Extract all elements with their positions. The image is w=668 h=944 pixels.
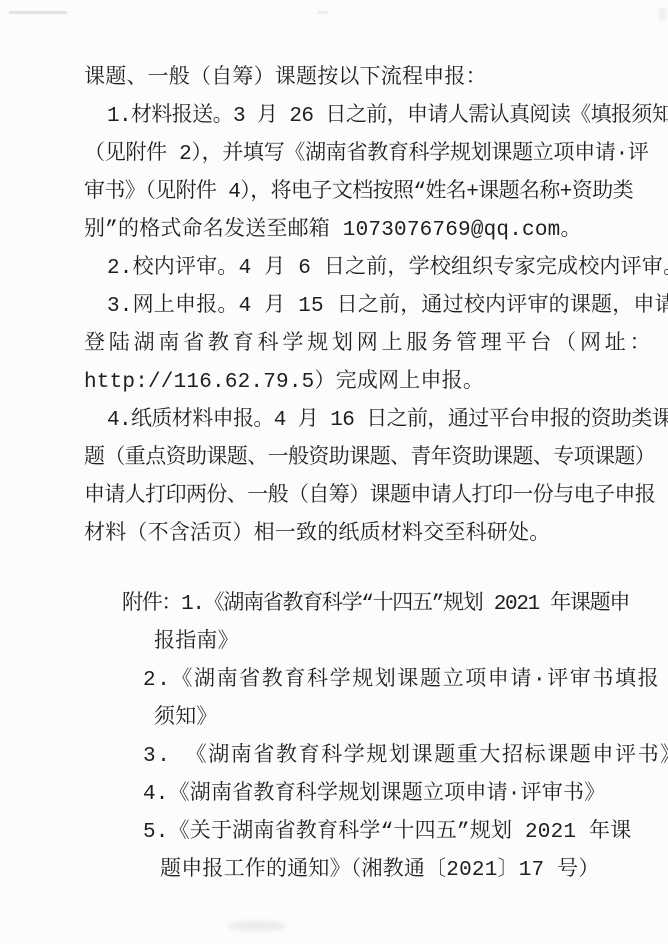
doc-line: http://116.62.79.5）完成网上申报。 xyxy=(84,364,660,402)
scan-artifact xyxy=(317,11,328,14)
scan-artifact xyxy=(659,8,666,20)
doc-line: 题（重点资助课题、一般资助课题、青年资助课题、专项课题） xyxy=(84,440,660,478)
scan-artifact xyxy=(9,11,67,14)
doc-line: 4.纸质材料申报。4 月 16 日之前，通过平台申报的资助类课 xyxy=(84,402,660,440)
scanned-document-page: 课题、一般（自筹）课题按以下流程申报： 1.材料报送。3 月 26 日之前，申请… xyxy=(0,0,668,944)
attachment-item: 4.《湖南省教育科学规划课题立项申请·评审书》 xyxy=(84,776,660,814)
doc-line: 审书》（见附件 4），将电子文档按照“姓名+课题名称+资助类 xyxy=(84,174,660,212)
document-body: 课题、一般（自筹）课题按以下流程申报： 1.材料报送。3 月 26 日之前，申请… xyxy=(84,60,660,890)
attachment-item: 5.《关于湖南省教育科学“十四五”规划 2021 年课 xyxy=(84,814,660,852)
attachment-item: 2.《湖南省教育科学规划课题立项申请·评审书填报 xyxy=(84,662,660,700)
attachment-item: 题申报工作的通知》（湘教通〔2021〕17 号） xyxy=(84,852,660,890)
doc-line: 2.校内评审。4 月 6 日之前，学校组织专家完成校内评审。 xyxy=(84,250,660,288)
scan-artifact xyxy=(228,921,286,931)
doc-line: 材料（不含活页）相一致的纸质材料交至科研处。 xyxy=(84,516,660,554)
doc-line: （见附件 2），并填写《湖南省教育科学规划课题立项申请·评 xyxy=(84,136,660,174)
attachment-list-heading: 附件：1.《湖南省教育科学“十四五”规划 2021 年课题申 xyxy=(84,586,660,624)
doc-line: 登陆湖南省教育科学规划网上服务管理平台（网址： xyxy=(84,326,660,364)
doc-line: 1.材料报送。3 月 26 日之前，申请人需认真阅读《填报须知》 xyxy=(84,98,660,136)
attachment-item: 报指南》 xyxy=(84,624,660,662)
attachment-item: 须知》 xyxy=(84,700,660,738)
doc-line: 别”的格式命名发送至邮箱 1073076769@qq.com。 xyxy=(84,212,660,250)
doc-line: 申请人打印两份、一般（自筹）课题申请人打印一份与电子申报 xyxy=(84,478,660,516)
doc-line: 课题、一般（自筹）课题按以下流程申报： xyxy=(84,60,660,98)
doc-line: 3.网上申报。4 月 15 日之前，通过校内评审的课题，申请人 xyxy=(84,288,660,326)
attachment-item: 3. 《湖南省教育科学规划课题重大招标课题申评书》 xyxy=(84,738,660,776)
